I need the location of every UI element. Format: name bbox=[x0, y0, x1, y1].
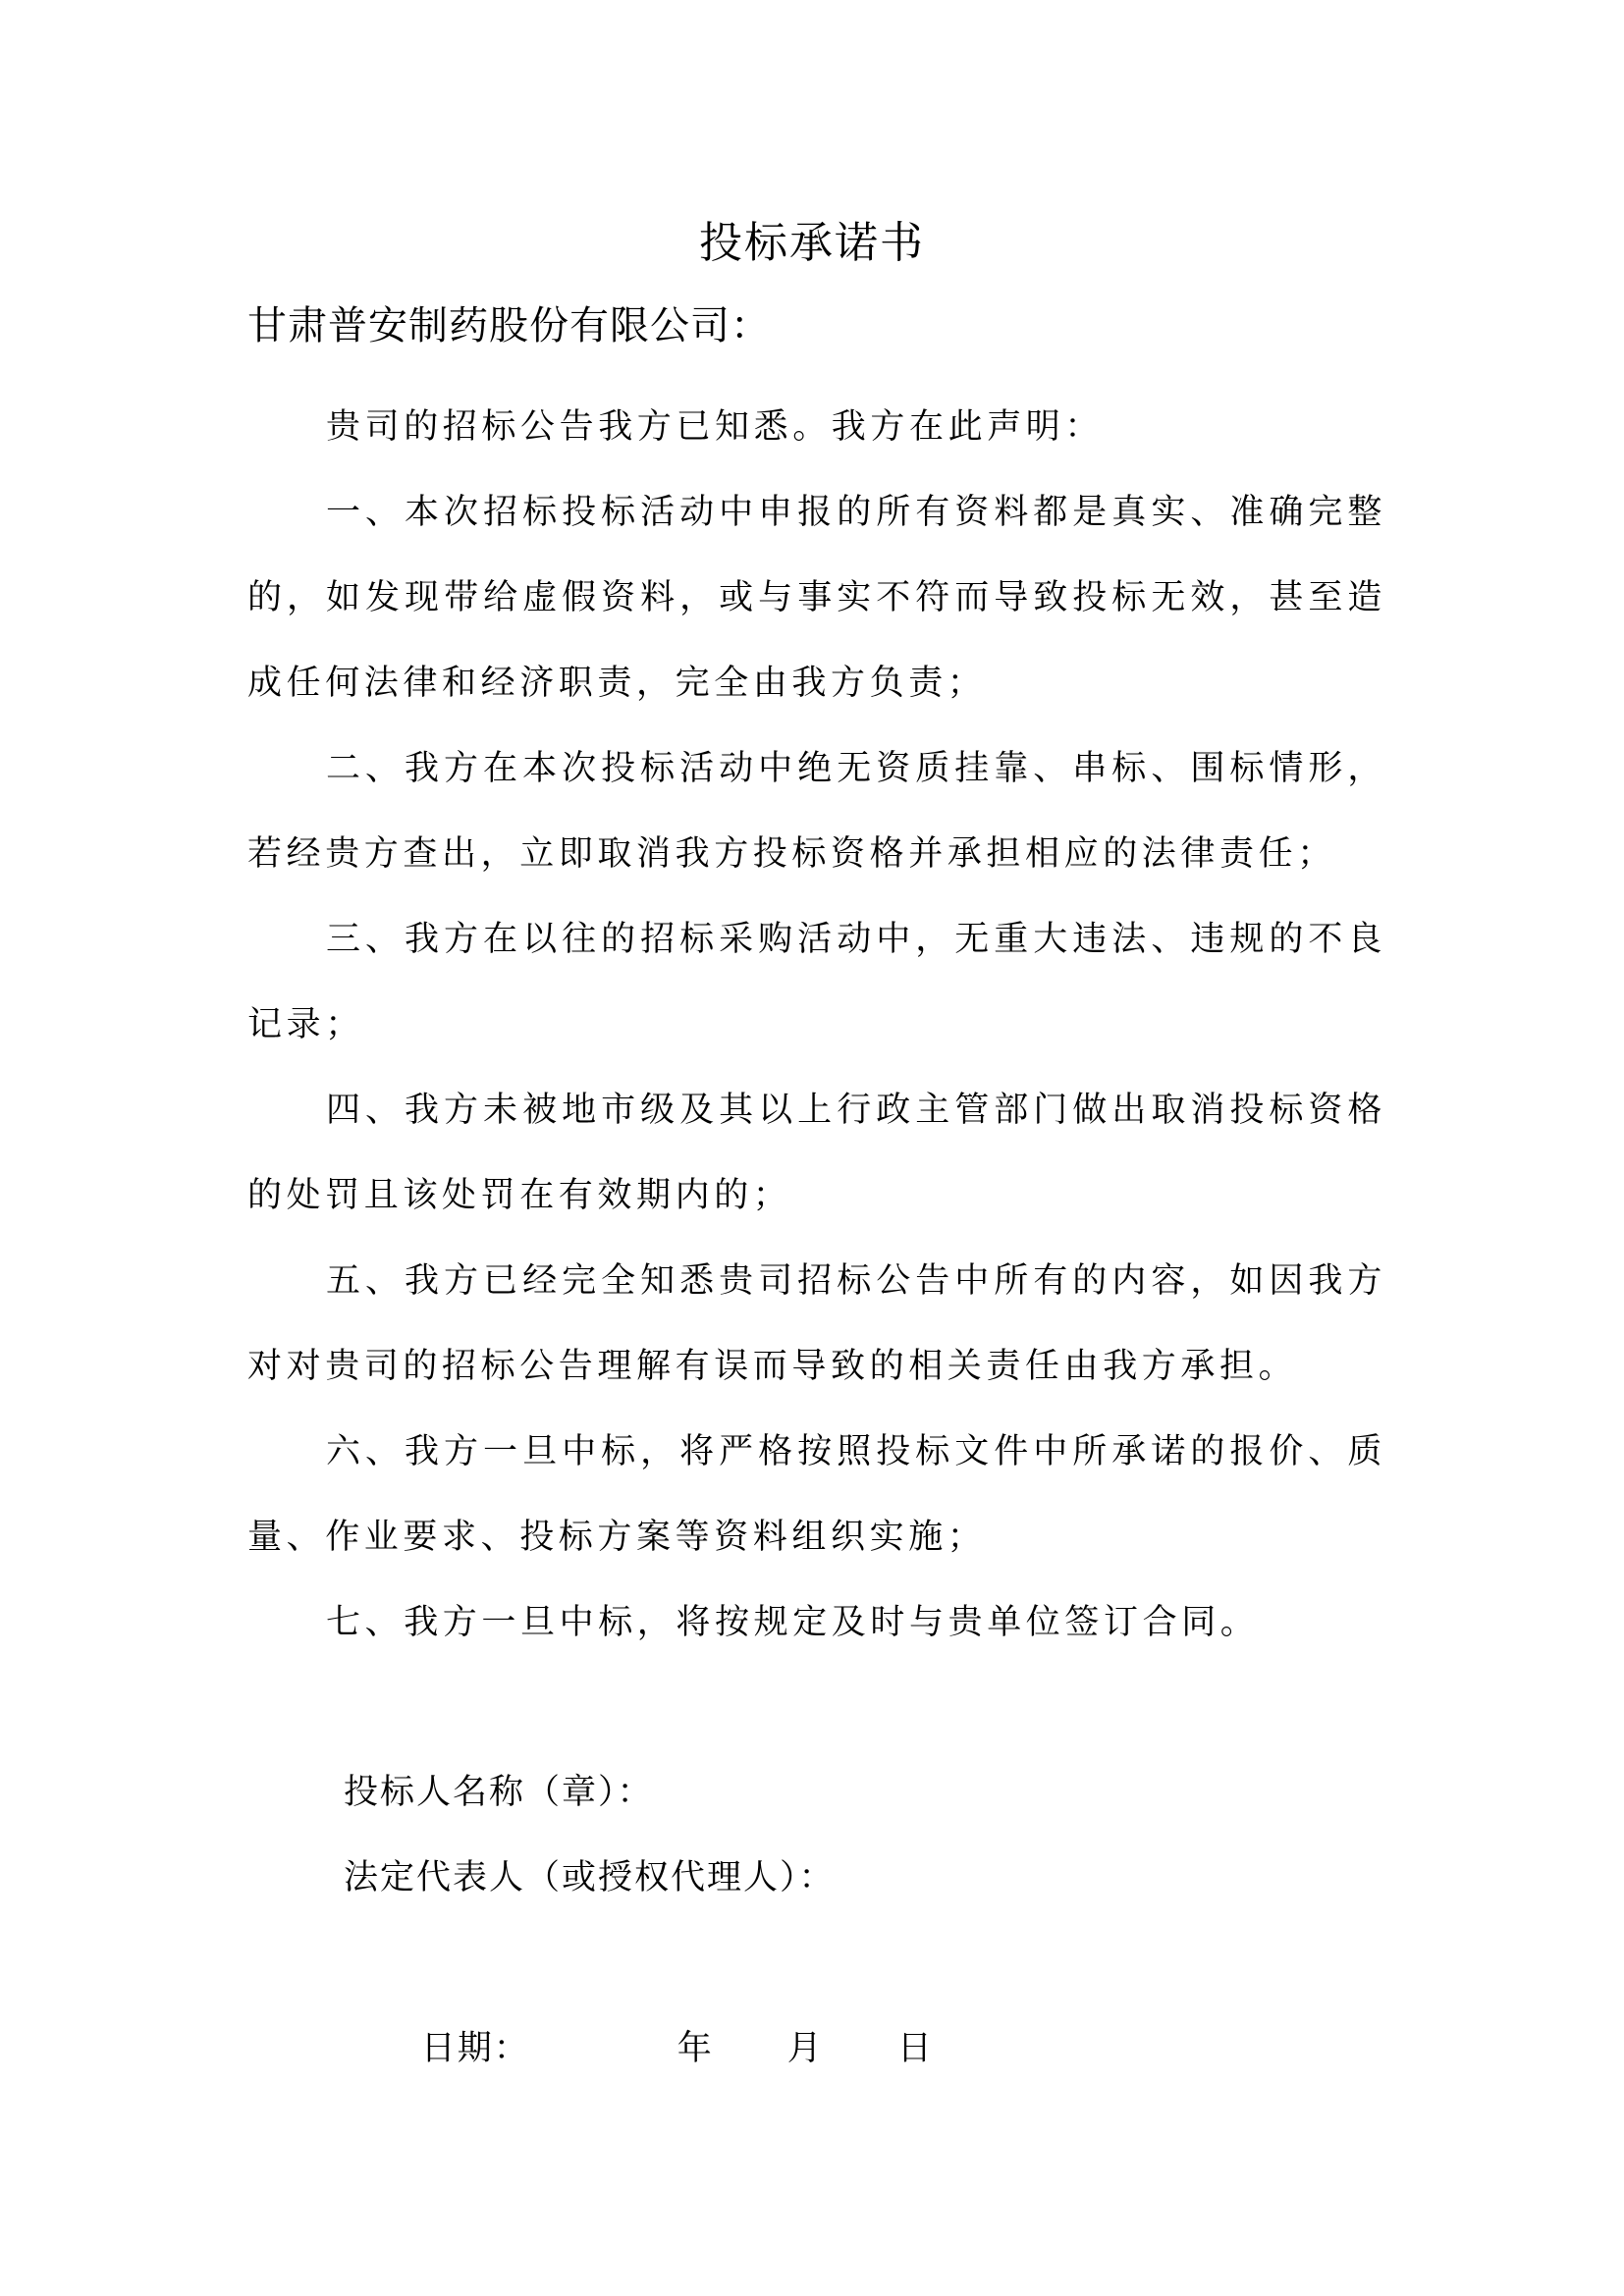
document-title: 投标承诺书 bbox=[0, 214, 1624, 273]
addressee: 甘肃普安制药股份有限公司： bbox=[247, 299, 771, 352]
clause-6: 六、我方一旦中标，将严格按照投标文件中所承诺的报价、质量、作业要求、投标方案等资… bbox=[247, 1410, 1386, 1580]
month-label: 月 bbox=[787, 2029, 824, 2068]
bidder-name-label: 投标人名称（章）： bbox=[344, 1750, 934, 1836]
day-label: 日 bbox=[897, 2029, 934, 2068]
year-label: 年 bbox=[677, 2029, 714, 2068]
document-page: 投标承诺书 甘肃普安制药股份有限公司： 贵司的招标公告我方已知悉。我方在此声明：… bbox=[0, 0, 1624, 2296]
clause-1: 一、本次招标投标活动中申报的所有资料都是真实、准确完整的，如发现带给虚假资料，或… bbox=[247, 470, 1386, 726]
legal-representative-label: 法定代表人（或授权代理人）： bbox=[344, 1836, 934, 1921]
date-line: 日期：年月日 bbox=[344, 1921, 934, 2177]
clause-3: 三、我方在以往的招标采购活动中，无重大违法、违规的不良记录； bbox=[247, 897, 1386, 1068]
signature-block: 投标人名称（章）： 法定代表人（或授权代理人）： 日期：年月日 bbox=[344, 1750, 934, 2177]
clause-5: 五、我方已经完全知悉贵司招标公告中所有的内容，如因我方对对贵司的招标公告理解有误… bbox=[247, 1239, 1386, 1410]
clause-4: 四、我方未被地市级及其以上行政主管部门做出取消投标资格的处罚且该处罚在有效期内的… bbox=[247, 1068, 1386, 1239]
date-label: 日期： bbox=[421, 2029, 530, 2068]
intro-paragraph: 贵司的招标公告我方已知悉。我方在此声明： bbox=[247, 385, 1386, 470]
clause-7: 七、我方一旦中标，将按规定及时与贵单位签订合同。 bbox=[247, 1580, 1386, 1666]
clause-2: 二、我方在本次投标活动中绝无资质挂靠、串标、围标情形，若经贵方查出，立即取消我方… bbox=[247, 726, 1386, 897]
document-body: 贵司的招标公告我方已知悉。我方在此声明： 一、本次招标投标活动中申报的所有资料都… bbox=[247, 385, 1386, 1666]
